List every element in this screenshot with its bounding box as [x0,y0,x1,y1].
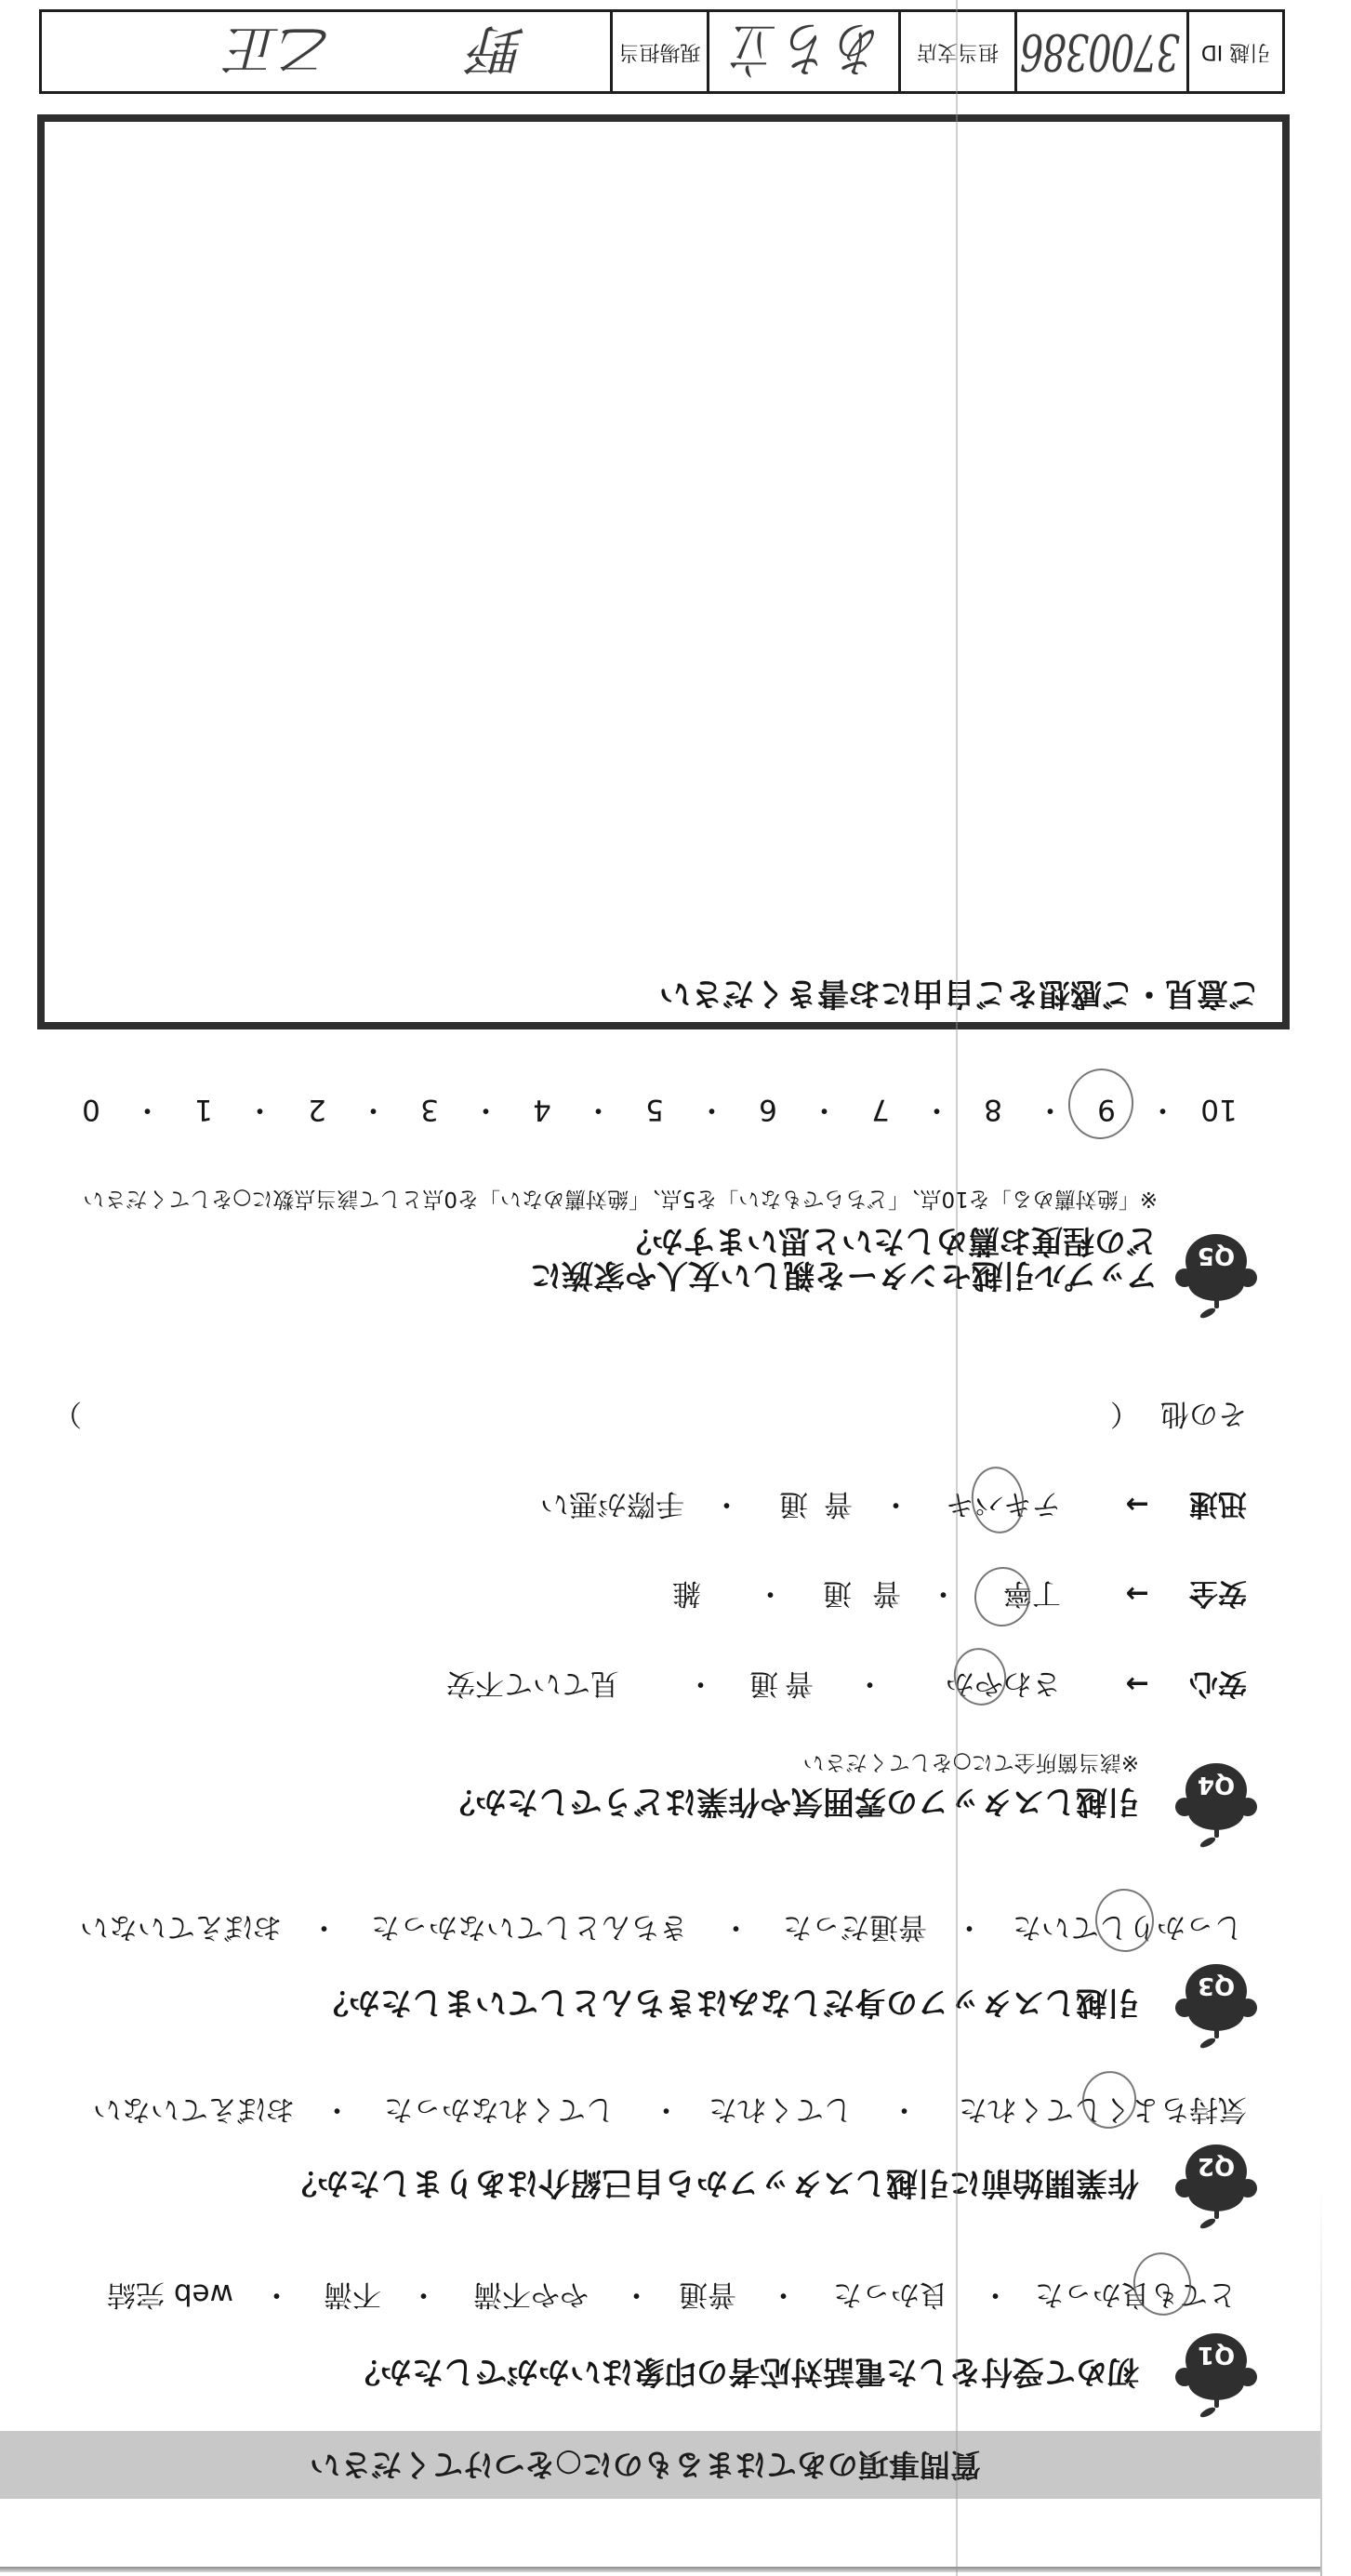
apple-badge-icon: Q1 [1174,2332,1258,2418]
option: 雑 [672,1574,701,1612]
option: おぼえていない [80,1908,282,1945]
separator-dot: ・ [262,2276,291,2313]
move-id-label: 引越 ID [1189,9,1282,94]
option: 普通だった [783,1908,927,1945]
separator-dot: ・ [756,1574,785,1612]
option: してくれた [709,2091,853,2128]
separator-dot: ・ [810,1091,839,1128]
option: 見ていて不安 [446,1665,619,1702]
separator-dot: ・ [1036,1091,1065,1128]
row-label-anshin: 安心 [1189,1665,1247,1702]
separator-dot: ・ [323,2091,351,2128]
separator-dot: ・ [584,1091,613,1128]
separator-dot: ・ [712,1485,741,1522]
badge-label: Q3 [1198,1972,1235,1999]
option: web 完結 [107,2276,233,2313]
branch-label: 担当支店 [901,9,1014,94]
cell-divider [707,9,709,94]
row-label-jinsoku: 迅速 [1189,1485,1247,1522]
separator-dot: ・ [622,2276,651,2313]
option: 普通 [802,1574,901,1612]
option: 普通 [763,1485,853,1522]
scale-value: 8 [973,1091,1013,1128]
branch-value: あち立 [724,12,881,85]
badge-label: Q5 [1198,1242,1235,1269]
scale-value: 2 [297,1091,338,1128]
option: 手際が悪い [540,1485,684,1522]
staff-name-2: 乙正 [228,15,332,80]
separator-dot: ・ [922,1091,951,1128]
apple-badge-icon: Q5 [1174,1233,1258,1319]
scale-value: 10 [1199,1091,1239,1128]
staff-label: 現場担当 [613,9,707,94]
separator-dot: ・ [1148,1091,1177,1128]
apple-badge-icon: Q4 [1174,1762,1258,1848]
staff-name-1: 野 [471,17,525,82]
separator-dot: ・ [310,1908,338,1945]
option: 良かった [833,2276,948,2313]
question-title: 引越しスタッフの身だしなみはきちんとしていましたか？ [317,1984,1139,2021]
separator-dot: ・ [471,1091,500,1128]
pencil-circle-mark [971,1563,1034,1630]
separator-dot: ・ [981,2276,1010,2313]
paper-edge-shadow [0,2567,1320,2572]
question-title: 作業開始前に引越しスタッフから自己紹介はありましたか？ [285,2164,1139,2201]
apple-badge-icon: Q3 [1174,1963,1258,2049]
option: 不満 [324,2276,381,2313]
option: やや不満 [473,2276,589,2313]
scale-value: 5 [634,1091,675,1128]
option: してくれなかった [384,2091,615,2128]
option: 普通 [679,2276,736,2313]
row-label-anzen: 安全 [1189,1574,1247,1612]
pencil-circle-mark [967,1463,1027,1536]
separator-dot: ・ [697,1091,726,1128]
survey-sheet: 質問事項のあてはまるものに○をつけてください Q1 初めて受付をした電話対応者の… [0,0,1351,2576]
other-close-paren: ） [53,1395,82,1432]
separator-dot: ・ [245,1091,274,1128]
badge-label: Q1 [1198,2341,1235,2369]
badge-label: Q2 [1198,2152,1235,2180]
move-id-value: 3700386 [1021,20,1180,83]
separator-dot: ・ [890,2091,919,2128]
separator-dot: ・ [359,1091,388,1128]
option: きちんとしていなかった [371,1908,688,1945]
cell-divider [1014,9,1017,94]
scale-value: 1 [183,1091,224,1128]
separator-dot: ・ [881,1485,910,1522]
question-note: ※該当箇所全てに○をしてください [803,1749,1139,1775]
comments-label: ご意見・ご感想をご自由にお書きください [659,975,1260,1012]
option: 普通 [743,1665,814,1702]
other-label: その他 [1160,1395,1247,1432]
option: おぼえていない [93,2091,295,2128]
pencil-circle-mark [1064,1064,1138,1143]
separator-dot: ・ [686,1665,715,1702]
arrow-right-icon: → [1122,1485,1152,1522]
apple-badge-icon: Q2 [1174,2144,1258,2229]
other-open-paren: （ [1110,1395,1139,1432]
comments-box [37,114,1290,1029]
arrow-right-icon: → [1122,1665,1152,1702]
scale-value: 0 [71,1091,112,1128]
badge-label: Q4 [1198,1771,1235,1799]
separator-dot: ・ [652,2091,681,2128]
separator-dot: ・ [955,1908,984,1945]
scale-value: 7 [860,1091,901,1128]
arrow-right-icon: → [1122,1574,1152,1612]
separator-dot: ・ [855,1665,884,1702]
separator-dot: ・ [722,1908,750,1945]
separator-dot: ・ [409,2276,438,2313]
separator-dot: ・ [133,1091,162,1128]
question-note: ※「絶対薦める」を10点、「どちらでもない」を5点、「絶対薦めない」を0点として… [83,1186,1158,1212]
scale-value: 6 [748,1091,788,1128]
question-title-line-2: どの程度お薦めしたいと思いますか？ [620,1223,1158,1257]
question-title: 初めて受付をした電話対応者の印象はいかがでしたか？ [349,2353,1139,2390]
instruction-text: 質問事項のあてはまるものに○をつけてください [303,2431,987,2499]
paper-side-edge [1320,2185,1322,2576]
separator-dot: ・ [769,2276,798,2313]
question-title: 引越しスタッフの雰囲気や作業はどうでしたか？ [444,1783,1139,1820]
separator-dot: ・ [929,1574,958,1612]
scale-value: 4 [522,1091,563,1128]
scanner-artifact-line [956,0,958,2576]
question-title-line-1: アップル引越センターを親しい友人や家族に [530,1257,1158,1292]
scale-value: 3 [409,1091,450,1128]
